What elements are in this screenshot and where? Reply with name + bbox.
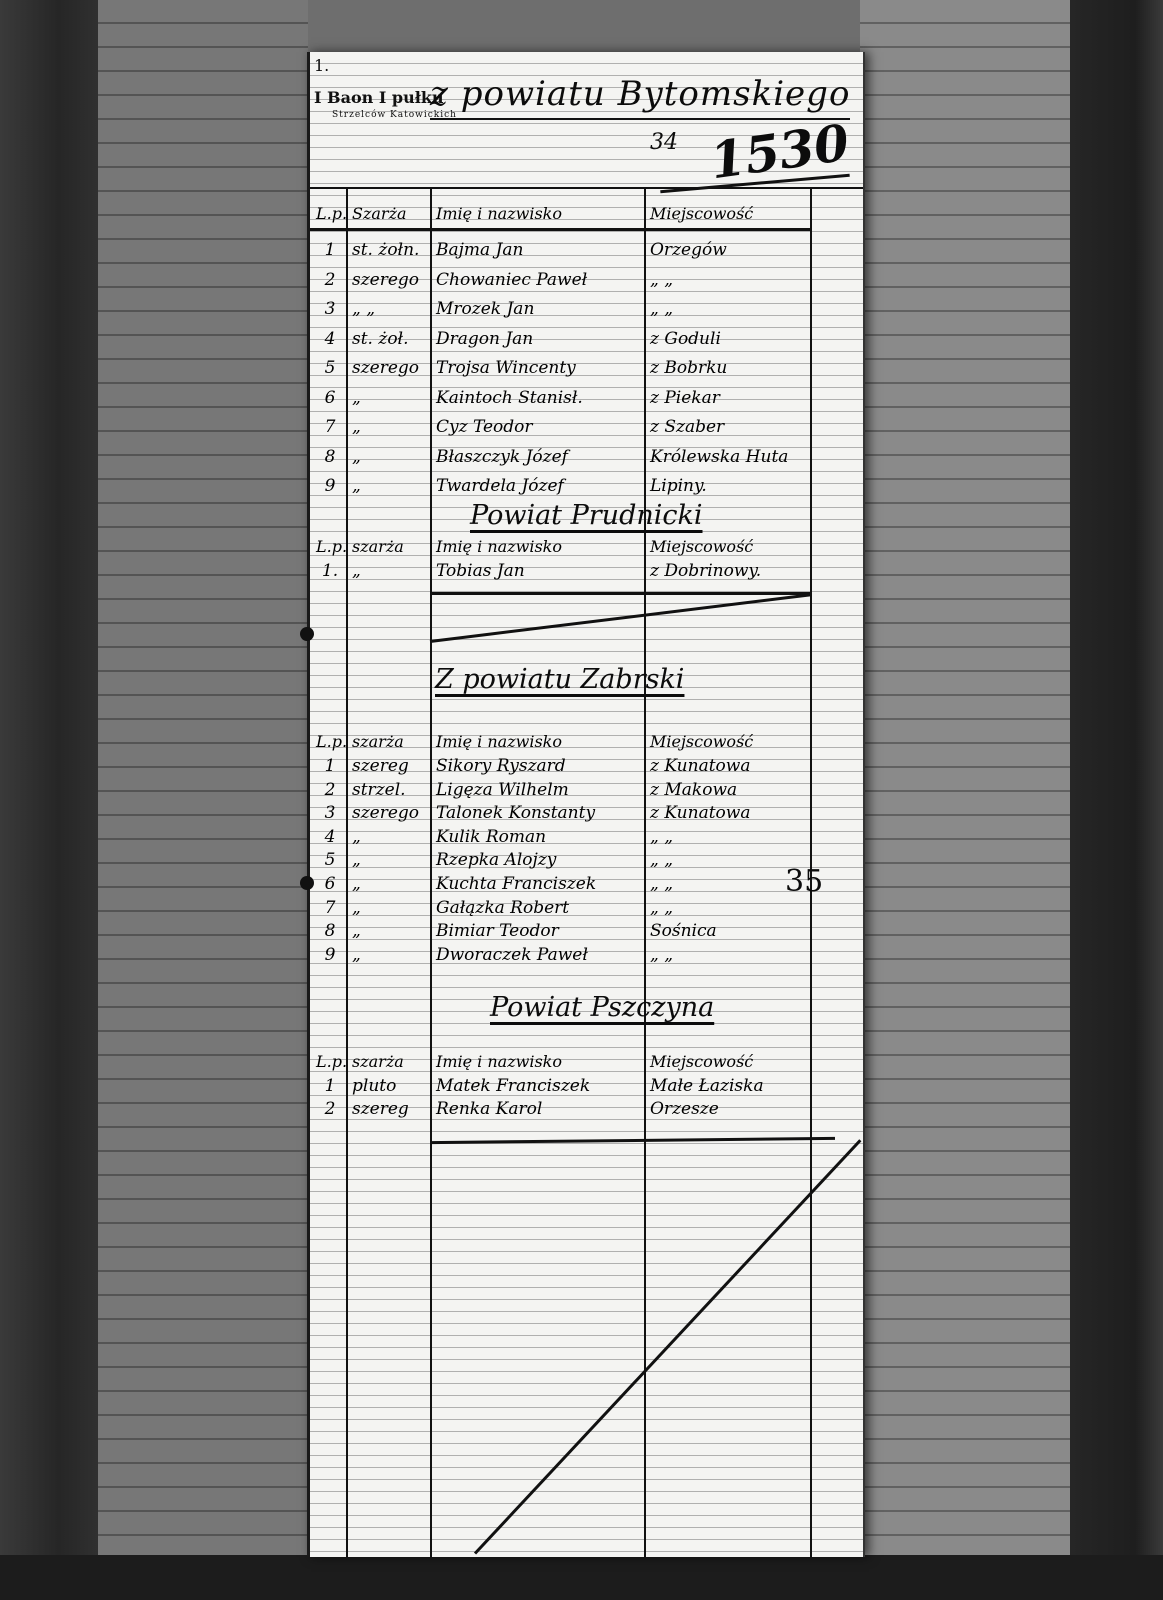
entry-rank: „ [352, 561, 430, 581]
entry-rank: „ [352, 827, 430, 847]
entry-name: Ligęza Wilhelm [436, 780, 644, 800]
entry-number: 9 [316, 476, 344, 496]
entry-place: z Makowa [650, 780, 820, 800]
entry-place: z Kunatowa [650, 803, 820, 823]
entry-rank: „ [352, 898, 430, 918]
entry-name: Bajma Jan [436, 240, 644, 260]
entry-rank: „ [352, 850, 430, 870]
entry-place: z Kunatowa [650, 756, 820, 776]
table-row: 2szeregRenka KarolOrzesze [310, 1099, 863, 1122]
col-rank: szarża [352, 1052, 430, 1071]
table-row: 8„Błaszczyk JózefKrólewska Huta [310, 447, 863, 470]
col-lp: L.p. [316, 204, 344, 223]
entry-number: 6 [316, 874, 344, 894]
scan-border-left [0, 0, 98, 1600]
entry-rank: „ [352, 388, 430, 408]
col-place: Miejscowość [650, 537, 820, 556]
entry-place: z Goduli [650, 329, 820, 349]
entry-place: z Bobrku [650, 358, 820, 378]
entry-number: 7 [316, 898, 344, 918]
table-row: 1szeregSikory Ryszardz Kunatowa [310, 756, 863, 779]
entry-number: 7 [316, 417, 344, 437]
page-number-small: 34 [650, 130, 678, 155]
entry-place: „ „ [650, 270, 820, 290]
entry-number: 4 [316, 329, 344, 349]
paper-notch [300, 627, 314, 641]
entry-rank: st. żołn. [352, 240, 430, 260]
col-name: Imię i nazwisko [436, 732, 644, 751]
table-row: 7„Cyz Teodorz Szaber [310, 417, 863, 440]
section-header: L.p. szarża Imię i nazwisko Miejscowość [310, 1052, 863, 1075]
entry-place: Orzesze [650, 1099, 820, 1119]
corner-mark: 1. [314, 56, 329, 75]
entry-number: 3 [316, 299, 344, 319]
table-row: 3szeregoTalonek Konstantyz Kunatowa [310, 803, 863, 826]
entry-number: 1 [316, 1076, 344, 1096]
entry-place: „ „ [650, 827, 820, 847]
entry-name: Błaszczyk Józef [436, 447, 644, 467]
entry-rank: szerego [352, 358, 430, 378]
table-row: 1plutoMatek FranciszekMałe Łaziska [310, 1076, 863, 1099]
col-name: Imię i nazwisko [436, 1052, 644, 1071]
scan-background-right [860, 0, 1070, 1600]
entry-name: Dworaczek Paweł [436, 945, 644, 965]
col-rank: szarża [352, 732, 430, 751]
section-title: Z powiatu Zabrski [435, 664, 684, 695]
entry-name: Chowaniec Paweł [436, 270, 644, 290]
table-row: 7„Gałązka Robert„ „ [310, 898, 863, 921]
col-lp: L.p. [316, 537, 344, 556]
entry-place: Lipiny. [650, 476, 820, 496]
entry-place: „ „ [650, 299, 820, 319]
entry-name: Matek Franciszek [436, 1076, 644, 1096]
entry-rank: strzel. [352, 780, 430, 800]
col-place: Miejscowość [650, 204, 820, 223]
table-header: L.p. Szarża Imię i nazwisko Miejscowość [310, 204, 863, 227]
entry-name: Twardela Józef [436, 476, 644, 496]
entry-place: z Piekar [650, 388, 820, 408]
entry-name: Gałązka Robert [436, 898, 644, 918]
entry-number: 1 [316, 240, 344, 260]
section-title: Powiat Prudnicki [470, 500, 703, 531]
col-rank: szarża [352, 537, 430, 556]
table-row: 1.„Tobias Janz Dobrinowy. [310, 561, 863, 584]
table-top-rule [310, 187, 863, 189]
entry-place: „ „ [650, 898, 820, 918]
table-row: 5szeregoTrojsa Wincentyz Bobrku [310, 358, 863, 381]
entry-name: Renka Karol [436, 1099, 644, 1119]
entry-rank: „ [352, 921, 430, 941]
entry-rank: „ [352, 874, 430, 894]
entry-rank: szereg [352, 756, 430, 776]
register-number: 1530 [707, 113, 853, 191]
entry-name: Mrozek Jan [436, 299, 644, 319]
entry-rank: „ [352, 476, 430, 496]
scan-background-left [98, 0, 308, 1600]
table-row: 5„Rzepka Alojzy„ „ [310, 850, 863, 873]
entry-name: Rzepka Alojzy [436, 850, 644, 870]
scan-border-right [1070, 0, 1163, 1600]
entry-place: Sośnica [650, 921, 820, 941]
entry-name: Tobias Jan [436, 561, 644, 581]
entry-place: Orzegów [650, 240, 820, 260]
entry-name: Talonek Konstanty [436, 803, 644, 823]
table-row: 2strzel.Ligęza Wilhelmz Makowa [310, 780, 863, 803]
entry-rank: szereg [352, 1099, 430, 1119]
entry-rank: st. żoł. [352, 329, 430, 349]
entry-number: 6 [316, 388, 344, 408]
section-header: L.p. szarża Imię i nazwisko Miejscowość [310, 732, 863, 755]
unit-stamp: I Baon I pułku [314, 88, 444, 107]
entry-number: 2 [316, 1099, 344, 1119]
col-place: Miejscowość [650, 732, 820, 751]
entry-place: Małe Łaziska [650, 1076, 820, 1096]
entry-rank: „ [352, 945, 430, 965]
entry-place: z Szaber [650, 417, 820, 437]
table-row: 9„Dworaczek Paweł„ „ [310, 945, 863, 968]
section-end-rule [430, 1137, 835, 1144]
header-rule [310, 228, 810, 231]
col-name: Imię i nazwisko [436, 537, 644, 556]
entry-rank: pluto [352, 1076, 430, 1096]
entry-name: Kaintoch Stanisł. [436, 388, 644, 408]
register-page: 1. I Baon I pułku Strzelców Katowickich … [307, 52, 865, 1557]
entry-number: 3 [316, 803, 344, 823]
table-row: 1st. żołn.Bajma JanOrzegów [310, 240, 863, 263]
entry-number: 2 [316, 780, 344, 800]
scan-border-bottom [0, 1555, 1163, 1600]
entry-rank: szerego [352, 270, 430, 290]
entry-rank: szerego [352, 803, 430, 823]
entry-number: 2 [316, 270, 344, 290]
entry-name: Cyz Teodor [436, 417, 644, 437]
entry-number: 5 [316, 358, 344, 378]
section-end-rule [430, 592, 810, 595]
cancel-stroke [430, 593, 812, 643]
col-lp: L.p. [316, 1052, 344, 1071]
table-row: 8„Bimiar TeodorSośnica [310, 921, 863, 944]
entry-rank: „ [352, 417, 430, 437]
entry-name: Kulik Roman [436, 827, 644, 847]
table-row: 6„Kuchta Franciszek„ „ [310, 874, 863, 897]
col-place: Miejscowość [650, 1052, 820, 1071]
table-row: 4„Kulik Roman„ „ [310, 827, 863, 850]
entry-rank: „ „ [352, 299, 430, 319]
table-row: 2szeregoChowaniec Paweł„ „ [310, 270, 863, 293]
margin-number: 35 [785, 864, 823, 899]
col-rank: Szarża [352, 204, 430, 223]
entry-place: „ „ [650, 945, 820, 965]
table-row: 6„Kaintoch Stanisł.z Piekar [310, 388, 863, 411]
entry-number: 1. [316, 561, 344, 581]
entry-number: 4 [316, 827, 344, 847]
entry-number: 8 [316, 447, 344, 467]
cancel-stroke [474, 1139, 862, 1554]
col-name: Imię i nazwisko [436, 204, 644, 223]
entry-name: Sikory Ryszard [436, 756, 644, 776]
entry-number: 9 [316, 945, 344, 965]
entry-name: Kuchta Franciszek [436, 874, 644, 894]
section-title: Powiat Pszczyna [490, 992, 714, 1023]
table-row: 4st. żoł.Dragon Janz Goduli [310, 329, 863, 352]
entry-number: 5 [316, 850, 344, 870]
entry-number: 8 [316, 921, 344, 941]
section-header: L.p. szarża Imię i nazwisko Miejscowość [310, 537, 863, 560]
table-row: 9„Twardela JózefLipiny. [310, 476, 863, 499]
table-row: 3„ „Mrozek Jan„ „ [310, 299, 863, 322]
entry-name: Trojsa Wincenty [436, 358, 644, 378]
entry-name: Dragon Jan [436, 329, 644, 349]
entry-place: z Dobrinowy. [650, 561, 820, 581]
entry-name: Bimiar Teodor [436, 921, 644, 941]
col-lp: L.p. [316, 732, 344, 751]
page-title: z powiatu Bytomskiego [430, 74, 850, 114]
entry-rank: „ [352, 447, 430, 467]
entry-place: Królewska Huta [650, 447, 820, 467]
entry-number: 1 [316, 756, 344, 776]
